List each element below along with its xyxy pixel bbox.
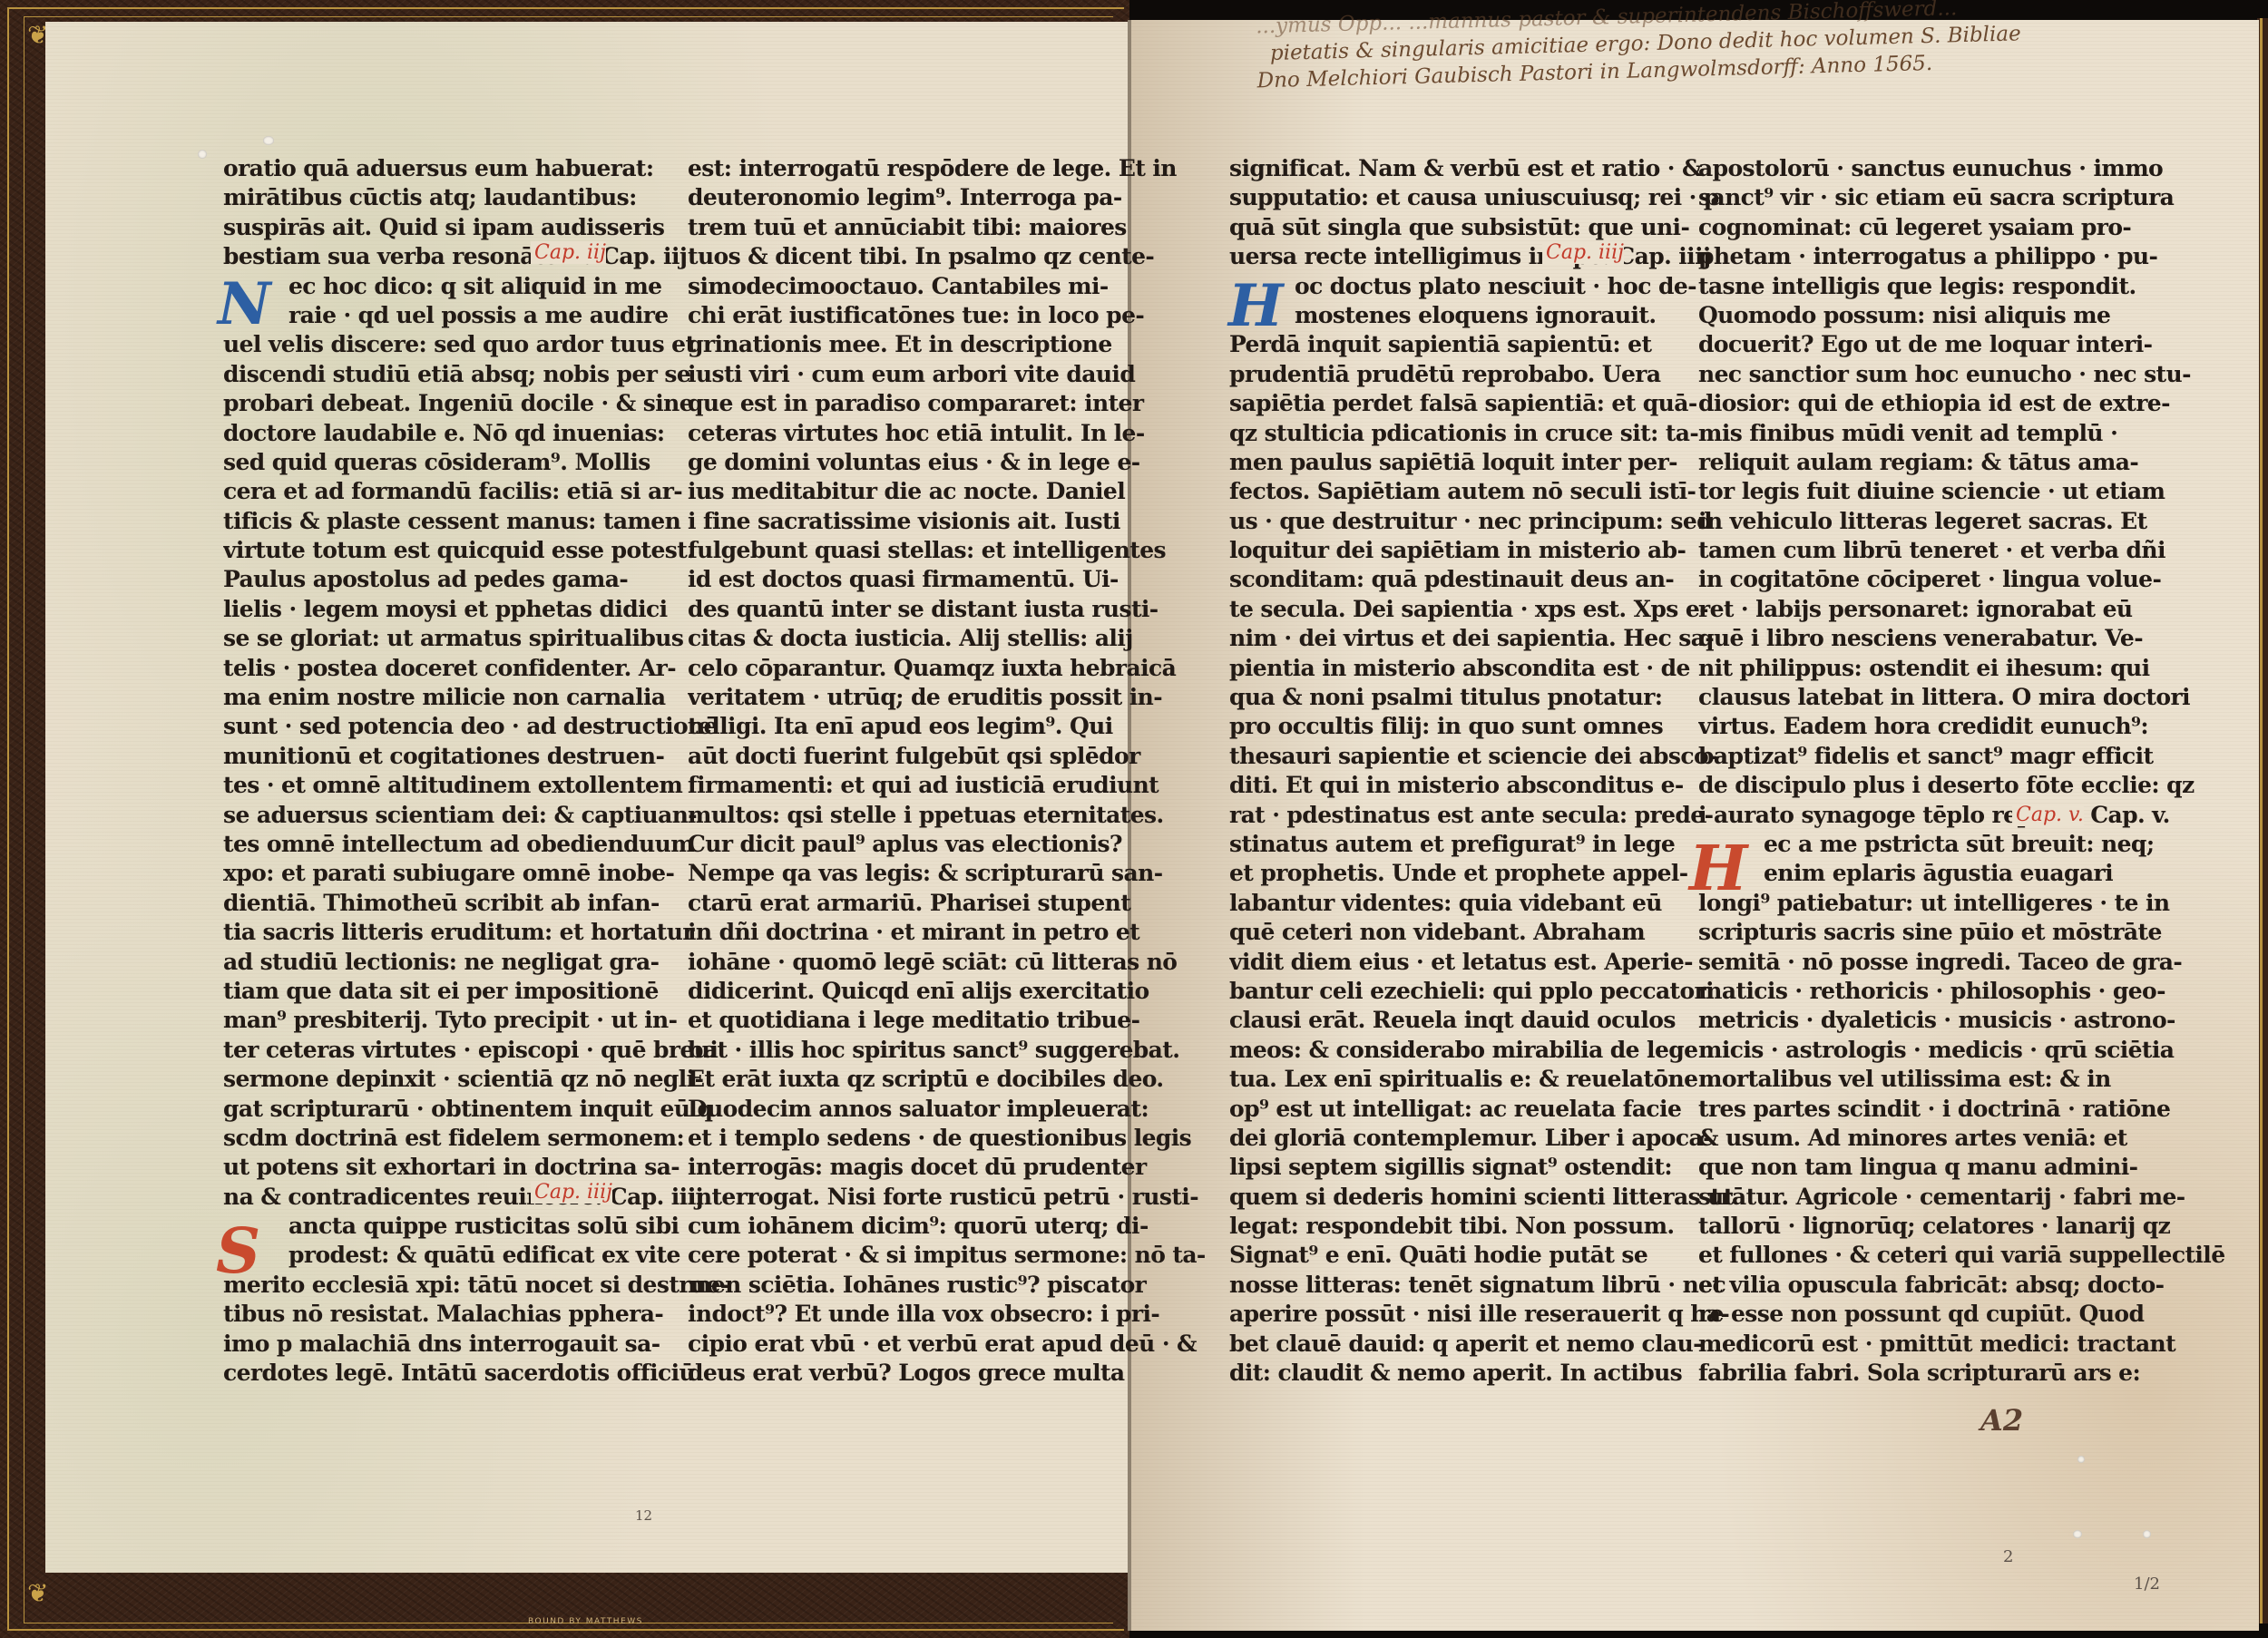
text-line: ma enim nostre milicie non carnalia [223,683,729,712]
text-line: de discipulo plus i deserto fōte ecclie:… [1698,771,2225,800]
text-line: significat. Nam & verbū est et ratio · & [1229,154,1734,183]
text-line: multos: qsi stelle i ppetuas eternitates… [688,801,1206,830]
text-line: in vehiculo litteras legeret sacras. Et [1698,507,2225,536]
text-line: stinatus autem et prefigurat⁹ in lege [1229,830,1734,859]
text-line: legat: respondebit tibi. Non possum. [1229,1212,1734,1241]
text-line: prodest: & quātū edificat ex vite [223,1241,729,1270]
text-line: nit philippus: ostendit ei ihesum: qui [1698,654,2225,683]
text-line: didicerint. Quicqd enī alijs exercitatio [688,977,1206,1006]
text-line: prudentiā prudētū reprobabo. Uera [1229,360,1734,389]
text-line: reliquit aulam regiam: & tātus ama- [1698,448,2225,477]
text-line: man⁹ presbiterij. Tyto precipit · ut in- [223,1006,729,1035]
text-line: probari debeat. Ingeniū docile · & sine [223,389,729,418]
text-line: telis · postea doceret confidenter. Ar- [223,654,729,683]
text-line: sanct⁹ vir · sic etiam eū sacra scriptur… [1698,183,2225,212]
text-line: trem tuū et annūciabit tibi: maiores [688,213,1206,242]
text-line: tes omnē intellectum ad obedienduum [223,830,729,859]
gilt-floral-ornament-icon: ❦ [27,1578,48,1608]
text-line: ut potens sit exhortari in doctrina sa- [223,1153,729,1182]
text-line: re esse non possunt qd cupiūt. Quod [1698,1300,2225,1329]
text-line: cum iohānem dicim⁹: quorū uterq; di- [688,1212,1206,1241]
text-line: cipio erat vbū · et verbū erat apud deū … [688,1330,1206,1359]
text-line: fectos. Sapiētiam autem nō seculi istī- [1229,477,1734,506]
text-line: ius meditabitur die ac nocte. Daniel [688,477,1206,506]
text-line: diti. Et qui in misterio absconditus e- [1229,771,1734,800]
text-line: aūt docti fuerint fulgebūt qsi splēdor [688,742,1206,771]
text-line: mirātibus cūctis atq; laudantibus: [223,183,729,212]
text-line: Perdā inquit sapientiā sapientū: et [1229,330,1734,359]
text-line: ec hoc dico: q sit aliquid in me [223,272,729,301]
text-line: Duodecim annos saluator impleuerat: [688,1095,1206,1124]
text-line: oc doctus plato nesciuit · hoc de- [1229,272,1734,301]
text-line: que non tam lingua q manu admini- [1698,1153,2225,1182]
text-line: clausi erāt. Reuela inqt dauid oculos [1229,1006,1734,1035]
text-column-left-1: oratio quā aduersus eum habuerat: mirāti… [223,154,729,1388]
text-line: tres partes scindit · i doctrinā · ratiō… [1698,1095,2225,1124]
text-line: deus erat verbū? Logos grece multa [688,1359,1206,1388]
text-line: metricis · dyaleticis · musicis · astron… [1698,1006,2225,1035]
text-line: virtus. Eadem hora credidit eunuch⁹: [1698,712,2225,741]
text-line: dientiā. Thimotheū scribit ab infan- [223,889,729,918]
text-line: tamen cum librū teneret · et verba dñi [1698,536,2225,565]
text-line: veritatem · utrūq; de eruditis possit in… [688,683,1206,712]
text-line: Cur dicit paul⁹ aplus vas electionis? [688,830,1206,859]
illuminated-initial-s: S [216,1215,260,1288]
text-line: vidit diem eius · et letatus est. Aperie… [1229,948,1734,977]
text-line: men paulus sapiētiā loquit inter per- [1229,448,1734,477]
text-line: longi⁹ patiebatur: ut intelligeres · te … [1698,889,2225,918]
text-line: merito ecclesiā xpi: tātū nocet si destr… [223,1271,729,1300]
text-line: na & contradicentes reuincere. Cap. iiij [223,1183,729,1212]
text-line: firmamenti: et qui ad iusticiā erudiunt [688,771,1206,800]
text-line: in cogitatōne cōciperet · lingua volue- [1698,565,2225,594]
text-line: sermone depinxit · scientiā qz nō negli- [223,1065,729,1094]
text-line: meos: & considerabo mirabilia de lege [1229,1036,1734,1065]
text-line: discendi studiū etiā absq; nobis per se [223,360,729,389]
text-line: sapiētia perdet falsā sapientiā: et quā- [1229,389,1734,418]
illuminated-initial-h: H [1228,272,1283,340]
text-column-right-1: significat. Nam & verbū est et ratio · &… [1229,154,1734,1388]
text-line: cognominat: cū legeret ysaiam pro- [1698,213,2225,242]
text-line: pro occultis filij: in quo sunt omnes [1229,712,1734,741]
text-line: bestiam sua verba resonātem? Cap. iij [223,242,729,271]
text-column-left-2: est: interrogatū respōdere de lege. Et i… [688,154,1206,1388]
text-line: men sciētia. Iohānes rustic⁹? piscator [688,1271,1206,1300]
paper-spot [2143,1530,2151,1538]
text-line: sed quid queras cōsideram⁹. Mollis [223,448,729,477]
text-line: scdm doctrinā est fidelem sermonem: [223,1124,729,1153]
text-line: interrogat. Nisi forte rusticū petrū · r… [688,1183,1206,1212]
pencil-number: 1/2 [2134,1575,2160,1594]
text-line: virtute totum est quicquid esse potest. [223,536,729,565]
illuminated-initial-h-red: H [1689,833,1747,905]
text-line: baptizat⁹ fidelis et sanct⁹ magr efficit [1698,742,2225,771]
text-line: ret · labijs personaret: ignorabat eū [1698,595,2225,624]
text-line: nec sanctior sum hoc eunucho · nec stu- [1698,360,2225,389]
text-line: tes · et omnē altitudinem extollentem [223,771,729,800]
text-line: gat scripturarū · obtinentem inquit eū q [223,1095,729,1124]
text-line: apostolorū · sanctus eunuchus · immo [1698,154,2225,183]
text-line: cera et ad formandū facilis: etiā si ar- [223,477,729,506]
text-line: tiam que data sit ei per impositionē [223,977,729,1006]
rubric-chapter-5: Cap. v. [2012,804,2084,826]
text-line: scripturis sacris sine pūio et mōstrāte [1698,918,2225,947]
text-line: est: interrogatū respōdere de lege. Et i… [688,154,1206,183]
text-line: clausus latebat in littera. O mira docto… [1698,683,2225,712]
text-line: raie · qd uel possis a me audire [223,301,729,330]
foliation-number: 12 [635,1507,652,1524]
text-line: et vilia opuscula fabricāt: absq; docto- [1698,1271,2225,1300]
text-line: Signat⁹ e enī. Quāti hodie putāt se [1229,1241,1734,1270]
text-line: id est doctos quasi firmamentū. Ui- [688,565,1206,594]
text-line: simodecimooctauo. Cantabiles mi- [688,272,1206,301]
text-line: strātur. Agricole · cementarij · fabri m… [1698,1183,2225,1212]
text-line: diosior: qui de ethiopia id est de extre… [1698,389,2225,418]
text-line: uel velis discere: sed quo ardor tuus et [223,330,729,359]
rubric-chapter-4-right: Cap. iiij [1542,241,1624,264]
text-line: lielis · legem moysi et pphetas didici [223,595,729,624]
text-line: nim · dei virtus et dei sapientia. Hec s… [1229,624,1734,653]
text-line: tia sacris litteris eruditum: et hortatu… [223,918,729,947]
text-line: supputatio: et causa uniuscuiusq; rei · … [1229,183,1734,212]
text-line: celo cōparantur. Quamqz iuxta hebraicā [688,654,1206,683]
binder-stamp: BOUND BY MATTHEWS [528,1617,643,1626]
text-line: xpo: et parati subiugare omnē inobe- [223,859,729,888]
text-line: et quotidiana i lege meditatio tribue- [688,1006,1206,1035]
text-line: grinationis mee. Et in descriptione [688,330,1206,359]
text-line: enim eplaris āgustia euagari [1698,859,2225,888]
text-line: ge domini voluntas eius · & in lege e- [688,448,1206,477]
text-line: medicorū est · pmittūt medici: tractant [1698,1330,2225,1359]
text-line: iusti viri · cum eum arbori vite dauid [688,360,1206,389]
paper-spot [2077,1456,2085,1463]
text-line: lipsi septem sigillis signat⁹ ostendit: [1229,1153,1734,1182]
text-line: op⁹ est ut intelligat: ac reuelata facie [1229,1095,1734,1124]
text-line: loquitur dei sapiētiam in misterio ab- [1229,536,1734,565]
text-line: fabrilia fabri. Sola scripturarū ars e: [1698,1359,2225,1388]
text-line: tallorū · lignorūq; celatores · lanarij … [1698,1212,2225,1241]
signature-mark: A2 [1980,1403,2023,1438]
text-line: iohāne · quomō legē sciāt: cū litteras n… [688,948,1206,977]
text-line: Quomodo possum: nisi aliquis me [1698,301,2225,330]
text-line: et prophetis. Unde et prophete appel- [1229,859,1734,888]
text-line: se se gloriat: ut armatus spiritualibus [223,624,729,653]
text-line: maticis · rethoricis · philosophis · geo… [1698,977,2225,1006]
text-line: dei gloriā contemplemur. Liber i apoca- [1229,1124,1734,1153]
text-line: semitā · nō posse ingredi. Taceo de gra- [1698,948,2225,977]
text-line: que est in paradiso compararet: inter [688,389,1206,418]
text-line: chi erāt iustificatōnes tue: in loco pe- [688,301,1206,330]
paper-spot [198,150,207,159]
text-line: bantur celi ezechieli: qui pplo peccator… [1229,977,1734,1006]
text-line: rat · pdestinatus est ante secula: prede… [1229,801,1734,830]
text-line: te secula. Dei sapientia · xps est. Xps … [1229,595,1734,624]
text-line: ctarū erat armariū. Pharisei stupent [688,889,1206,918]
text-line: bat · illis hoc spiritus sanct⁹ suggereb… [688,1036,1206,1065]
text-line: qz stulticia pdicationis in cruce sit: t… [1229,419,1734,448]
text-line: imo p malachiā dns interrogauit sa- [223,1330,729,1359]
text-line: labantur videntes: quia videbant eū [1229,889,1734,918]
rubric-chapter-3: Cap. iij [531,241,606,264]
text-line: des quantū inter se distant iusta rusti- [688,595,1206,624]
text-line: cere poterat · & si impitus sermone: nō … [688,1241,1206,1270]
rubric-chapter-4: Cap. iiij [531,1181,612,1204]
text-line: uersa recte intelligimus in xpo. Cap. ii… [1229,242,1734,271]
text-line: tua. Lex enī spiritualis e: & reuelatōne [1229,1065,1734,1094]
paper-spot [2073,1530,2082,1538]
illuminated-initial-n: N [218,270,271,338]
text-line: cerdotes legē. Intātū sacerdotis officiū [223,1359,729,1388]
text-line: tibus nō resistat. Malachias pphera- [223,1300,729,1329]
text-line: in dñi doctrina · et mirant in petro et [688,918,1206,947]
text-line: tuos & dicent tibi. In psalmo qz cente- [688,242,1206,271]
text-line: mis finibus mūdi venit ad templū · [1698,419,2225,448]
text-line: tasne intelligis que legis: respondit. [1698,272,2225,301]
text-line: et fullones · & ceteri qui variā suppell… [1698,1241,2225,1270]
text-line: et i templo sedens · de questionibus leg… [688,1124,1206,1153]
text-line: tificis & plaste cessent manus: tamen [223,507,729,536]
text-line: ter ceteras virtutes · episcopi · quē br… [223,1036,729,1065]
text-line: i fine sacratissime visionis ait. Iusti [688,507,1206,536]
text-line: ad studiū lectionis: ne negligat gra- [223,948,729,977]
text-line: munitionū et cogitationes destruen- [223,742,729,771]
text-line: Et erāt iuxta qz scriptū e docibiles deo… [688,1065,1206,1094]
text-line: nosse litteras: tenēt signatum librū · n… [1229,1271,1734,1300]
text-line: ec a me pstricta sūt breuit: neq; [1698,830,2225,859]
text-line: suspirās ait. Quid si ipam audisseris [223,213,729,242]
text-line: mostenes eloquens ignorauit. [1229,301,1734,330]
text-line: Paulus apostolus ad pedes gama- [223,565,729,594]
text-line: thesauri sapientie et sciencie dei absco… [1229,742,1734,771]
text-line: ceteras virtutes hoc etiā intulit. In le… [688,419,1206,448]
text-line: doctore laudabile e. Nō qd inuenias: [223,419,729,448]
text-line: se aduersus scientiam dei: & captiuan- [223,801,729,830]
text-line: quā sūt singla que subsistūt: que uni- [1229,213,1734,242]
text-line: mortalibus vel utilissima est: & in [1698,1065,2225,1094]
text-line: bet clauē dauid: q aperit et nemo clau- [1229,1330,1734,1359]
text-line: oratio quā aduersus eum habuerat: [223,154,729,183]
text-line: interrogās: magis docet dū prudenter [688,1153,1206,1182]
text-line: telligi. Ita enī apud eos legim⁹. Qui [688,712,1206,741]
text-line: phetam · interrogatus a philippo · pu- [1698,242,2225,271]
paper-spot [263,136,274,145]
text-line: quē i libro nesciens venerabatur. Ve- [1698,624,2225,653]
text-line: aperire possūt · nisi ille reserauerit q… [1229,1300,1734,1329]
text-line: Nempe qa vas legis: & scripturarū san- [688,859,1206,888]
text-line: quem si dederis homini scienti litteras … [1229,1183,1734,1212]
text-column-right-2: apostolorū · sanctus eunuchus · immo san… [1698,154,2225,1388]
pencil-number: 2 [2003,1547,2013,1566]
text-line: dit: claudit & nemo aperit. In actibus [1229,1359,1734,1388]
text-line: tor legis fuit diuine sciencie · ut etia… [1698,477,2225,506]
text-line: sconditam: quā pdestinauit deus an- [1229,565,1734,594]
text-line: & usum. Ad minores artes veniā: et [1698,1124,2225,1153]
text-line: sunt · sed potencia deo · ad destruction… [223,712,729,741]
text-line: us · que destruitur · nec principum: sed [1229,507,1734,536]
text-line: deuteronomio legim⁹. Interroga pa- [688,183,1206,212]
text-line: ancta quippe rusticitas solū sibi [223,1212,729,1241]
text-line: micis · astrologis · medicis · qrū sciēt… [1698,1036,2225,1065]
text-line: qua & noni psalmi titulus pnotatur: [1229,683,1734,712]
text-line: i aurato synagoge tēplo reperit. Cap. v. [1698,801,2225,830]
text-line: fulgebunt quasi stellas: et intelligente… [688,536,1206,565]
text-line: indoct⁹? Et unde illa vox obsecro: i pri… [688,1300,1206,1329]
text-line: citas & docta iusticia. Alij stellis: al… [688,624,1206,653]
text-line: pientia in misterio abscondita est · de [1229,654,1734,683]
text-line: docuerit? Ego ut de me loquar interi- [1698,330,2225,359]
text-line: quē ceteri non videbant. Abraham [1229,918,1734,947]
